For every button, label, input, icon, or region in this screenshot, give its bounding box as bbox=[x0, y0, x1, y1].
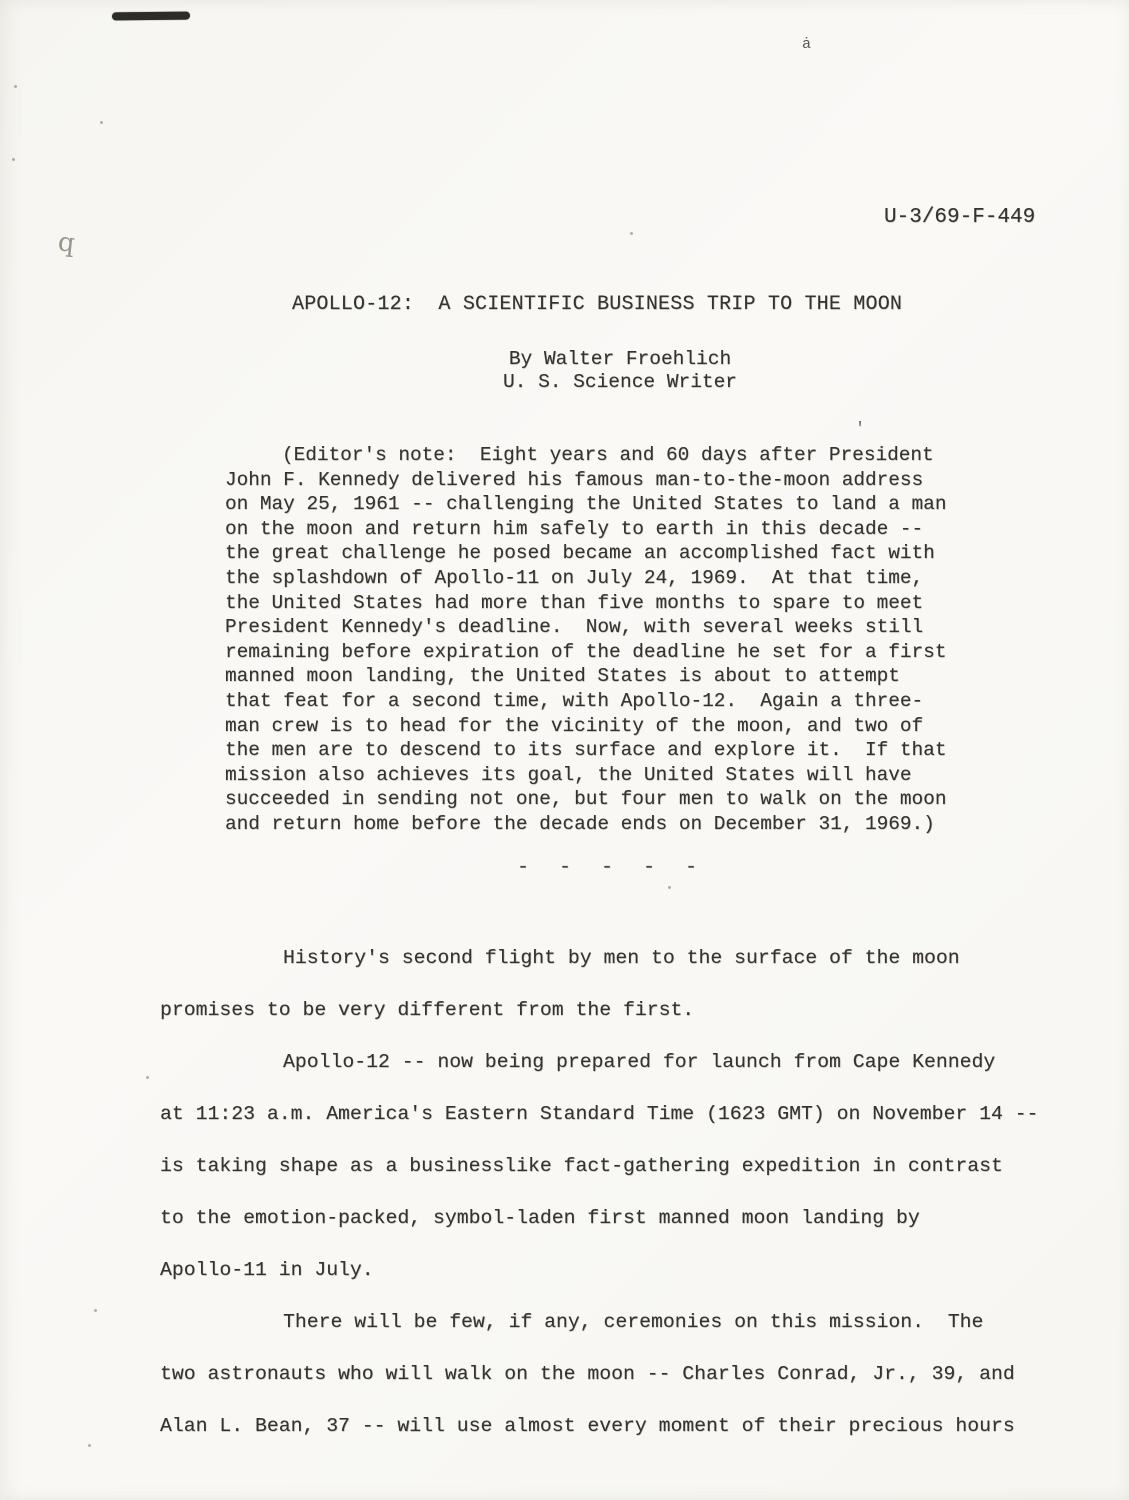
body-line: two astronauts who will walk on the moon… bbox=[160, 1348, 1060, 1400]
stray-apostrophe-mark: ' bbox=[855, 420, 865, 439]
stray-pen-mark: ȧ bbox=[802, 36, 811, 53]
body-line: at 11:23 a.m. America's Eastern Standard… bbox=[160, 1088, 1060, 1140]
article-body: History's second flight by men to the su… bbox=[160, 932, 1060, 1452]
editors-note-line: John F. Kennedy delivered his famous man… bbox=[225, 468, 1025, 493]
paper-speck bbox=[88, 1444, 91, 1447]
body-line: is taking shape as a businesslike fact-g… bbox=[160, 1140, 1060, 1192]
editors-note-line: remaining before expiration of the deadl… bbox=[225, 640, 1025, 665]
document-page: q ȧ ' U-3/69-F-449 APOLLO-12: A SCIENTIF… bbox=[0, 0, 1129, 1500]
editors-note-line: manned moon landing, the United States i… bbox=[225, 664, 1025, 689]
editors-note-line: the United States had more than five mon… bbox=[225, 591, 1025, 616]
paper-speck bbox=[12, 158, 15, 161]
reference-number: U-3/69-F-449 bbox=[884, 206, 1035, 229]
body-line: promises to be very different from the f… bbox=[160, 984, 1060, 1036]
section-separator: - - - - - bbox=[517, 856, 699, 879]
body-line: There will be few, if any, ceremonies on… bbox=[160, 1296, 1060, 1348]
body-line: to the emotion-packed, symbol-laden firs… bbox=[160, 1192, 1060, 1244]
paper-speck bbox=[14, 85, 17, 88]
editors-note-line: that feat for a second time, with Apollo… bbox=[225, 689, 1025, 714]
body-line: Apollo-12 -- now being prepared for laun… bbox=[160, 1036, 1060, 1088]
byline-role: U. S. Science Writer bbox=[225, 371, 1015, 394]
editors-note-line: the great challenge he posed became an a… bbox=[225, 541, 1025, 566]
paper-speck bbox=[668, 886, 671, 889]
editors-note-line: President Kennedy's deadline. Now, with … bbox=[225, 615, 1025, 640]
byline: By Walter Froehlich U. S. Science Writer bbox=[225, 348, 1015, 394]
paper-speck bbox=[94, 1309, 97, 1312]
editors-note-line: and return home before the decade ends o… bbox=[225, 812, 1025, 837]
editors-note-line: the men are to descend to its surface an… bbox=[225, 738, 1025, 763]
body-line: Apollo-11 in July. bbox=[160, 1244, 1060, 1296]
editors-note-line: the splashdown of Apollo-11 on July 24, … bbox=[225, 566, 1025, 591]
handwritten-mark: q bbox=[56, 227, 76, 259]
paper-speck bbox=[100, 121, 103, 124]
editors-note-line: (Editor's note: Eight years and 60 days … bbox=[225, 443, 1025, 468]
byline-author: By Walter Froehlich bbox=[225, 348, 1015, 371]
body-line: Alan L. Bean, 37 -- will use almost ever… bbox=[160, 1400, 1060, 1452]
editors-note-line: on the moon and return him safely to ear… bbox=[225, 517, 1025, 542]
editors-note: (Editor's note: Eight years and 60 days … bbox=[225, 443, 1025, 837]
editors-note-line: succeeded in sending not one, but four m… bbox=[225, 787, 1025, 812]
editors-note-line: on May 25, 1961 -- challenging the Unite… bbox=[225, 492, 1025, 517]
paper-speck bbox=[146, 1076, 149, 1079]
body-line: History's second flight by men to the su… bbox=[160, 932, 1060, 984]
editors-note-line: mission also achieves its goal, the Unit… bbox=[225, 763, 1025, 788]
document-title: APOLLO-12: A SCIENTIFIC BUSINESS TRIP TO… bbox=[292, 293, 902, 316]
ink-smudge-bar bbox=[112, 12, 190, 21]
paper-speck bbox=[630, 232, 633, 235]
editors-note-line: man crew is to head for the vicinity of … bbox=[225, 714, 1025, 739]
